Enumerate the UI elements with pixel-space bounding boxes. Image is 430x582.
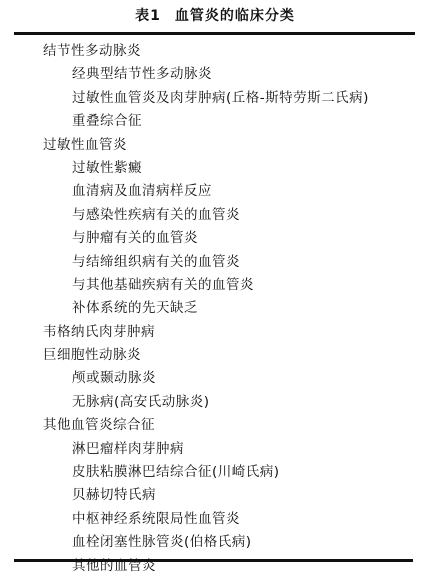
subcategory-row: 血清病及血清病样反应 bbox=[0, 180, 430, 203]
subcategory-row: 皮肤粘膜淋巴结综合征(川崎氏病) bbox=[0, 461, 430, 484]
category-row: 结节性多动脉炎 bbox=[0, 40, 430, 63]
table-title: 血管炎的临床分类 bbox=[175, 8, 295, 24]
subcategory-row: 血栓闭塞性脉管炎(伯格氏病) bbox=[0, 531, 430, 554]
category-row: 其他血管炎综合征 bbox=[0, 414, 430, 437]
subcategory-row: 重叠综合征 bbox=[0, 110, 430, 133]
subcategory-row: 颅或颞动脉炎 bbox=[0, 367, 430, 390]
subcategory-row: 中枢神经系统限局性血管炎 bbox=[0, 508, 430, 531]
subcategory-row: 过敏性血管炎及肉芽肿病(丘格-斯特劳斯二氏病) bbox=[0, 87, 430, 110]
subcategory-row: 贝赫切特氏病 bbox=[0, 484, 430, 507]
subcategory-row: 无脉病(高安氏动脉炎) bbox=[0, 391, 430, 414]
bottom-rule bbox=[14, 559, 413, 562]
category-row: 过敏性血管炎 bbox=[0, 134, 430, 157]
subcategory-row: 淋巴瘤样肉芽肿病 bbox=[0, 438, 430, 461]
category-row: 韦格纳氏肉芽肿病 bbox=[0, 321, 430, 344]
table-caption: 表1血管炎的临床分类 bbox=[0, 5, 430, 25]
table-label: 表1 bbox=[135, 8, 161, 24]
top-rule bbox=[14, 32, 415, 35]
subcategory-row: 过敏性紫癜 bbox=[0, 157, 430, 180]
subcategory-row: 与结缔组织病有关的血管炎 bbox=[0, 251, 430, 274]
category-row: 巨细胞性动脉炎 bbox=[0, 344, 430, 367]
classification-list: 结节性多动脉炎 经典型结节性多动脉炎 过敏性血管炎及肉芽肿病(丘格-斯特劳斯二氏… bbox=[0, 40, 430, 578]
subcategory-row: 与肿瘤有关的血管炎 bbox=[0, 227, 430, 250]
subcategory-row: 经典型结节性多动脉炎 bbox=[0, 63, 430, 86]
subcategory-row: 与感染性疾病有关的血管炎 bbox=[0, 204, 430, 227]
subcategory-row: 与其他基础疾病有关的血管炎 bbox=[0, 274, 430, 297]
subcategory-row: 补体系统的先天缺乏 bbox=[0, 297, 430, 320]
